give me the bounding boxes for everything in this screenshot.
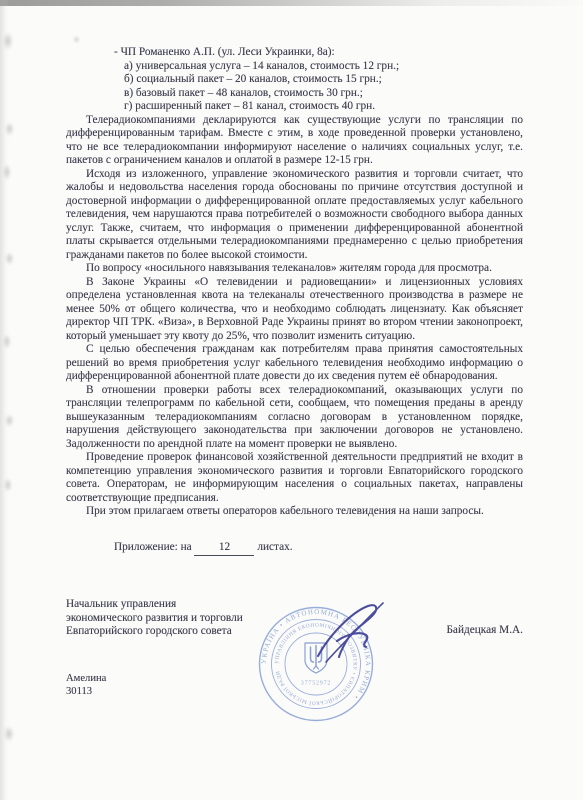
paragraph: Телерадиокомпаниями декларируются как су… [66, 114, 523, 168]
scan-smudge [5, 414, 14, 427]
scan-smudge [3, 334, 11, 349]
attachment-label: Приложение: на [114, 541, 192, 553]
scan-smudge [4, 478, 12, 492]
executor-name: Амелина [66, 672, 523, 685]
paragraph: В отношении проверки работы всех телерад… [66, 384, 523, 452]
attachment-pages-value: 12 [194, 541, 254, 557]
tariff-item: б) социальный пакет – 20 каналов, стоимо… [124, 73, 523, 87]
executor-block: Амелина 30113 [66, 672, 523, 698]
tariff-item: а) универсальная услуга – 14 каналов, ст… [124, 60, 523, 74]
tariff-item: г) расширенный пакет – 81 канал, стоимос… [124, 100, 523, 114]
scan-smudge [4, 726, 14, 742]
scan-edge-top [0, 0, 583, 6]
scanned-letter-page: { "theme": { "page-bg": "#fbfbf9", "ink"… [0, 0, 583, 800]
executor-code: 30113 [66, 685, 523, 698]
signoff-title-line: Евпаторийского городского совета [66, 625, 243, 639]
attachment-line: Приложение: на 12 листах. [114, 541, 523, 557]
signoff-title: Начальник управления экономического разв… [66, 598, 243, 639]
tariff-item: в) базовый пакет – 48 каналов, стоимость… [124, 87, 523, 101]
paragraph: Проведение проверок финансовой хозяйстве… [66, 451, 523, 505]
paragraph: Исходя из изложенного, управление эконом… [66, 168, 523, 263]
scan-edge-left [0, 0, 9, 800]
paragraph: С целью обеспечения гражданам как потреб… [66, 343, 523, 384]
signoff-name: Байдецкая М.А. [446, 624, 523, 639]
scan-smudge [5, 122, 14, 136]
signoff-title-line: Начальник управления [66, 598, 243, 612]
letter-body: - ЧП Романенко А.П. (ул. Леси Украинки, … [66, 46, 523, 698]
scan-smudge [73, 36, 80, 43]
scan-smudge [3, 164, 11, 180]
signoff-title-line: экономического развития и торговли [66, 612, 243, 626]
scan-smudge [5, 252, 14, 265]
paragraph: При этом прилагаем ответы операторов каб… [66, 505, 523, 519]
signoff-block: Начальник управления экономического разв… [66, 598, 523, 639]
paragraph: По вопросу «носильного навязывания телек… [66, 262, 523, 276]
scan-smudge [3, 32, 13, 50]
paragraph: В Законе Украины «О телевидении и радиов… [66, 276, 523, 344]
operator-heading: - ЧП Романенко А.П. (ул. Леси Украинки, … [114, 46, 523, 60]
attachment-suffix: листах. [257, 541, 292, 553]
